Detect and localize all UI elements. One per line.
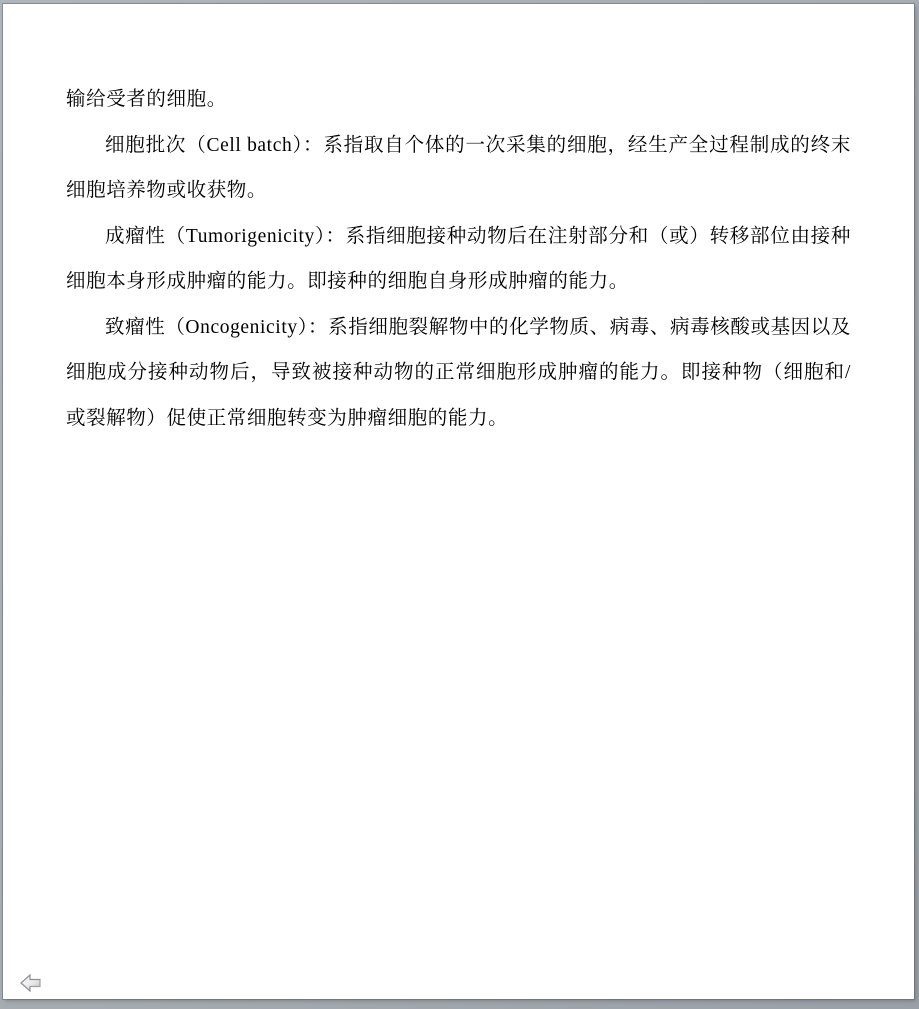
paragraph: 输给受者的细胞。	[66, 77, 851, 123]
paragraph: 成瘤性（Tumorigenicity）：系指细胞接种动物后在注射部分和（或）转移…	[66, 214, 851, 305]
paragraph: 致瘤性（Oncogenicity）：系指细胞裂解物中的化学物质、病毒、病毒核酸或…	[66, 305, 851, 442]
paragraph: 细胞批次（Cell batch）：系指取自个体的一次采集的细胞，经生产全过程制成…	[66, 123, 851, 214]
left-arrow-icon	[18, 971, 44, 995]
back-button[interactable]	[18, 971, 44, 995]
document-page: 输给受者的细胞。 细胞批次（Cell batch）：系指取自个体的一次采集的细胞…	[3, 4, 914, 999]
page-text-body: 输给受者的细胞。 细胞批次（Cell batch）：系指取自个体的一次采集的细胞…	[66, 77, 851, 441]
document-viewer: { "page": { "canvas_color": "#a7acb3", "…	[0, 0, 919, 1009]
